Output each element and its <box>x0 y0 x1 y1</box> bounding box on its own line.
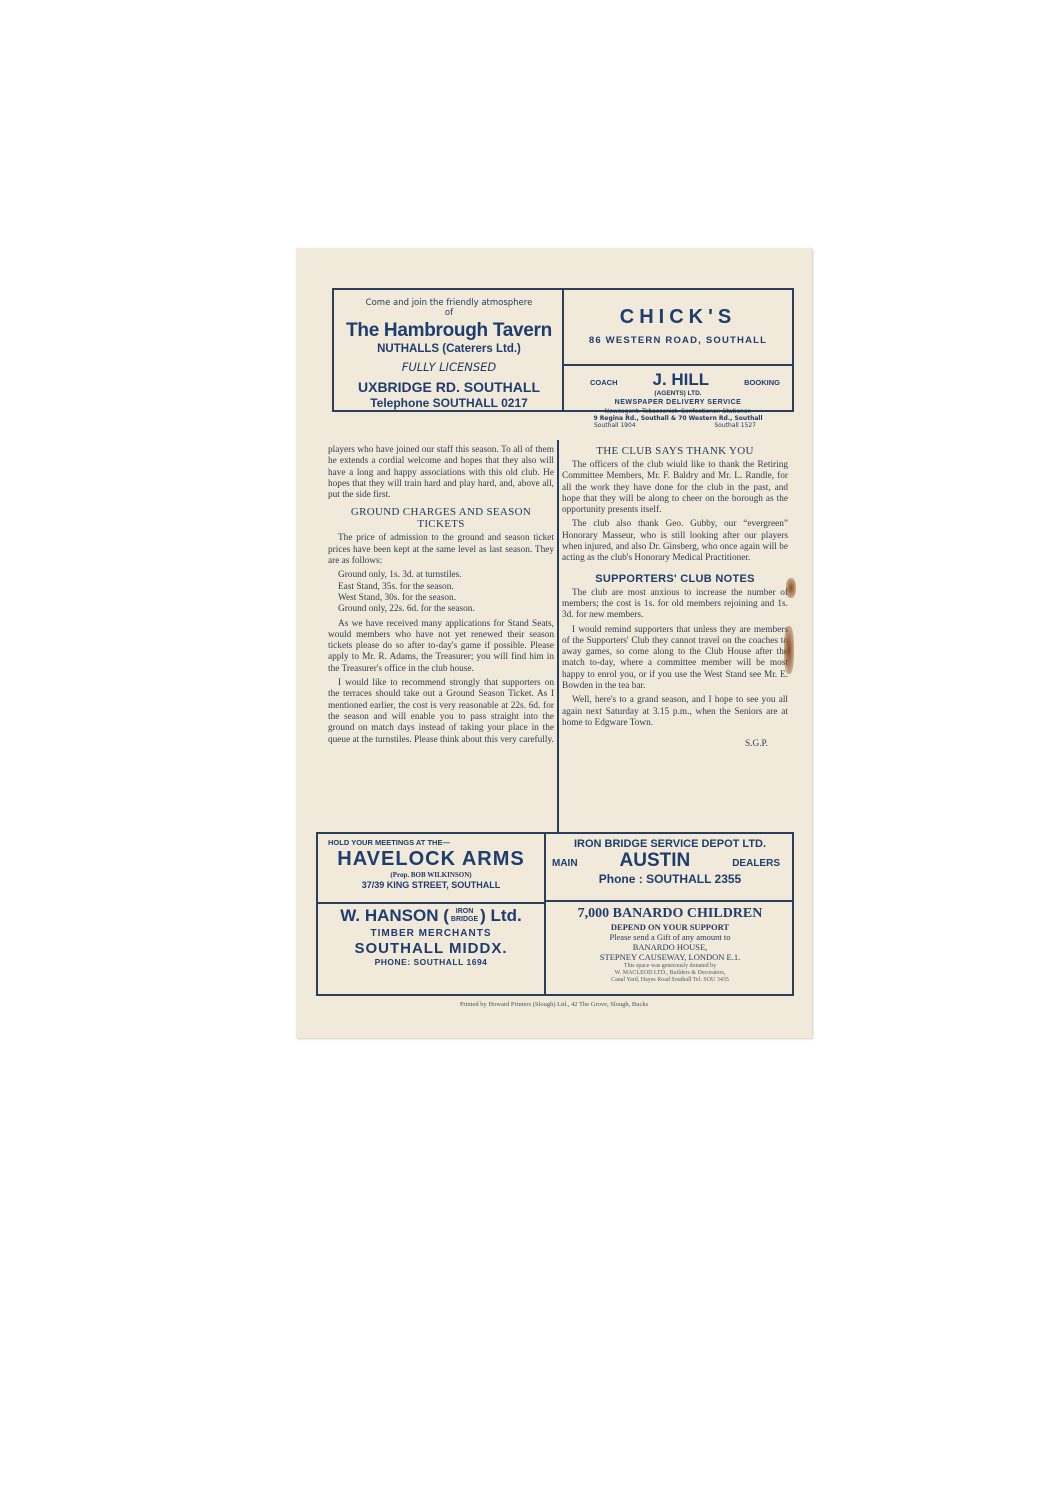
banardo-donor-2: W. MACLEOD LTD., Builders & Decorators, <box>546 970 794 977</box>
depot-phone: Phone : SOUTHALL 2355 <box>546 872 794 886</box>
price-item: Ground only, 1s. 3d. at turnstiles. <box>338 570 554 581</box>
printer-credit: Printed by Howard Printers (Slough) Ltd.… <box>296 1001 812 1008</box>
right-para-5: Well, here's to a grand season, and I ho… <box>562 695 788 729</box>
banardo-donor-3: Canal Yard, Hayes Road Southall Tel. SOU… <box>546 977 794 984</box>
tavern-name: The Hambrough Tavern <box>334 320 564 342</box>
bottom-divider-right <box>546 900 794 902</box>
tavern-licence: FULLY LICENSED <box>334 360 564 374</box>
ad-w-hanson: W. HANSON ( IRON BRIDGE ) Ltd. TIMBER ME… <box>318 906 544 967</box>
ad-chicks-hill: CHICK'S 86 WESTERN ROAD, SOUTHALL COACH … <box>562 288 794 412</box>
hanson-town: SOUTHALL MIDDX. <box>318 940 544 957</box>
banardo-line-2: BANARDO HOUSE, <box>546 942 794 952</box>
hill-coach: COACH <box>590 378 618 387</box>
tavern-intro: Come and join the friendly atmosphere <box>334 298 564 308</box>
left-para-1: players who have joined our staff this s… <box>328 445 554 501</box>
banardo-line-1: Please send a Gift of any amount to <box>546 932 794 942</box>
hanson-bridge: BRIDGE <box>451 916 478 924</box>
havelock-address: 37/39 KING STREET, SOUTHALL <box>318 880 544 890</box>
hill-service: NEWSPAPER DELIVERY SERVICE <box>564 399 792 406</box>
depot-name: IRON BRIDGE SERVICE DEPOT LTD. <box>546 838 794 850</box>
tavern-of: of <box>334 308 564 318</box>
price-item: West Stand, 30s. for the season. <box>338 593 554 604</box>
havelock-prop: (Prop. BOB WILKINSON) <box>318 871 544 879</box>
hanson-phone: PHONE: SOUTHALL 1694 <box>318 957 544 967</box>
chicks-address: 86 WESTERN ROAD, SOUTHALL <box>564 335 792 346</box>
banardo-headline: 7,000 BANARDO CHILDREN <box>546 906 794 922</box>
hill-phone-2: Southall 1527 <box>714 422 756 429</box>
hanson-trade: TIMBER MERCHANTS <box>318 928 544 939</box>
chicks-name: CHICK'S <box>564 290 792 329</box>
hill-booking: BOOKING <box>744 378 780 387</box>
depot-austin-row: MAIN AUSTIN DEALERS <box>546 850 794 872</box>
ad-iron-bridge-depot: IRON BRIDGE SERVICE DEPOT LTD. MAIN AUST… <box>546 838 794 886</box>
right-para-2: The club also thank Geo. Gubby, our “eve… <box>562 519 788 564</box>
hill-trades: Newsagent. Tobacconist. Confectioner. St… <box>564 408 792 415</box>
banardo-sub: DEPEND ON YOUR SUPPORT <box>546 922 794 932</box>
hill-addresses: 9 Regina Rd., Southall & 70 Western Rd.,… <box>564 415 792 422</box>
right-para-4: I would remind supporters that unless th… <box>562 625 788 693</box>
right-column: THE CLUB SAYS THANK YOU The officers of … <box>562 445 788 751</box>
depot-main: MAIN <box>552 858 578 869</box>
bottom-adverts: HOLD YOUR MEETINGS AT THE— HAVELOCK ARMS… <box>316 832 794 996</box>
ad-havelock-arms: HOLD YOUR MEETINGS AT THE— HAVELOCK ARMS… <box>318 838 544 890</box>
ad-chicks: CHICK'S 86 WESTERN ROAD, SOUTHALL <box>564 290 792 366</box>
tavern-phone: Telephone SOUTHALL 0217 <box>334 396 564 410</box>
heading-thank-you: THE CLUB SAYS THANK YOU <box>562 445 788 457</box>
havelock-name: HAVELOCK ARMS <box>318 848 544 871</box>
hill-phone-1: Southall 1904 <box>594 422 636 429</box>
left-column: players who have joined our staff this s… <box>328 445 554 749</box>
depot-dealers: DEALERS <box>732 858 780 869</box>
left-para-3: As we have received many applications fo… <box>328 619 554 675</box>
havelock-intro: HOLD YOUR MEETINGS AT THE— <box>318 838 544 847</box>
depot-austin: AUSTIN <box>620 850 691 872</box>
price-item: Ground only, 22s. 6d. for the season. <box>338 604 554 615</box>
left-para-2: The price of admission to the ground and… <box>328 533 554 567</box>
tavern-address: UXBRIDGE RD. SOUTHALL <box>334 379 564 395</box>
hanson-iron: IRON <box>451 908 478 916</box>
heading-ground-charges: GROUND CHARGES AND SEASON TICKETS <box>328 506 554 530</box>
hill-phones: Southall 1904 Southall 1527 <box>564 422 792 429</box>
left-para-4: I would like to recommend strongly that … <box>328 678 554 746</box>
price-list: Ground only, 1s. 3d. at turnstiles. East… <box>328 570 554 615</box>
hill-name: J. HILL <box>652 370 709 390</box>
hanson-title: W. HANSON ( IRON BRIDGE ) Ltd. <box>318 906 544 926</box>
signature: S.G.P. <box>562 739 788 750</box>
banardo-donor-1: This space was generously donated by <box>546 963 794 970</box>
hanson-name-right: ) Ltd. <box>480 906 522 926</box>
ad-hambrough-tavern: Come and join the friendly atmosphere of… <box>332 288 564 412</box>
column-divider <box>557 440 559 832</box>
hanson-iron-bridge: IRON BRIDGE <box>451 908 478 924</box>
ad-banardo: 7,000 BANARDO CHILDREN DEPEND ON YOUR SU… <box>546 906 794 984</box>
stain-mark <box>784 626 794 674</box>
stain-mark <box>786 578 796 598</box>
hill-title-row: COACH J. HILL BOOKING <box>564 366 792 390</box>
price-item: East Stand, 35s. for the season. <box>338 582 554 593</box>
hanson-name-left: W. HANSON ( <box>340 906 449 926</box>
heading-supporters-club: SUPPORTERS' CLUB NOTES <box>562 573 788 585</box>
bottom-divider-left <box>318 902 544 904</box>
banardo-line-3: STEPNEY CAUSEWAY, LONDON E.1. <box>546 952 794 962</box>
right-para-1: The officers of the club wiuld like to t… <box>562 460 788 516</box>
right-para-3: The club are most anxious to increase th… <box>562 588 788 622</box>
tavern-owner: NUTHALLS (Caterers Ltd.) <box>334 343 564 355</box>
hill-agents: (AGENTS) LTD. <box>564 390 792 397</box>
ad-j-hill: COACH J. HILL BOOKING (AGENTS) LTD. NEWS… <box>564 366 792 429</box>
programme-page: Come and join the friendly atmosphere of… <box>296 248 812 1038</box>
